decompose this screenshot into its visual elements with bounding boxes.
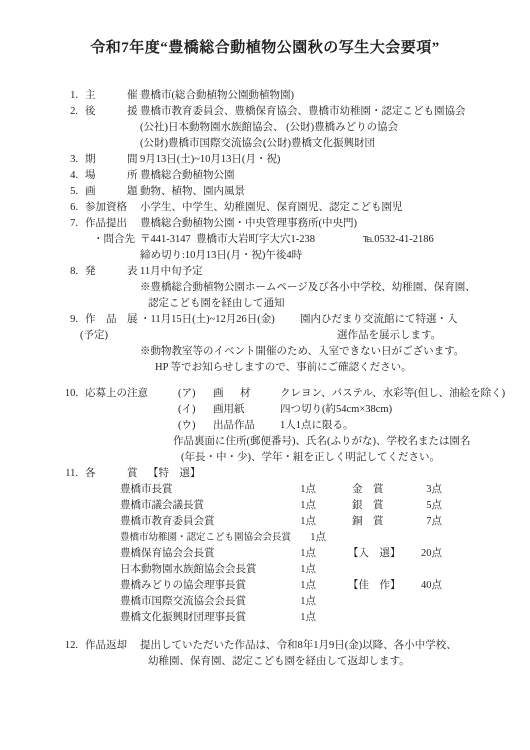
period-line: 3. 期 間 9月13日(土)~10月13日(月・祝) <box>0 152 530 168</box>
item-text-2: 園内ひだまり交流館にて特選・入 <box>300 312 458 328</box>
item-text: ・11月15日(土)~12月26日(金) <box>140 312 275 328</box>
item-number: 8. <box>52 264 78 280</box>
award-count: 1点 <box>285 594 316 610</box>
award-rank-count: 40点 <box>396 578 442 594</box>
sub-subject: 画用紙 <box>213 402 245 418</box>
sponsor-line-3: (公財)豊橋市国際交流協会、 (公財)豊橋文化振興財団 <box>0 136 530 152</box>
notes-line-2: (イ) 画用紙 四つ切り(約54cm×38cm) <box>0 402 530 418</box>
award-row: 豊橋保育協会会長賞 1点 【入 選】 20点 <box>0 546 530 562</box>
exhibition-line-2: (予定) 選作品を展示します。 <box>0 328 530 344</box>
sub-label: (ウ) <box>178 418 196 434</box>
document-page: 令和7年度“豊橋総合動植物公園秋の写生大会要項” 1. 主 催 豊橋市(総合動植… <box>0 0 530 750</box>
item-label: 各 賞 <box>85 466 138 482</box>
item-label: 作品返却 <box>85 638 127 654</box>
theme-line: 5. 画 題 動物、植物、園内風景 <box>0 184 530 200</box>
document-title: 令和7年度“豊橋総合動植物公園秋の写生大会要項” <box>0 36 530 57</box>
sub-label: (ア) <box>178 386 196 402</box>
announcement-line-3: 認定こども園を経由して通知 <box>0 296 530 312</box>
item-text: 幼稚園、保育園、認定こども園を経由して返却します。 <box>148 654 410 670</box>
award-rank-count: 7点 <box>396 514 442 530</box>
host-line: 1. 主 催 豊橋市(総合動植物公園動植物園) <box>0 88 530 104</box>
sub-subject: 画 <box>213 386 224 402</box>
item-label: (予定) <box>80 328 108 344</box>
item-text-2: 選作品を展示します。 <box>337 328 441 344</box>
award-rank: 金 賞 <box>352 482 384 498</box>
award-rank: 銀 賞 <box>352 498 384 514</box>
return-line-2: 幼稚園、保育園、認定こども園を経由して返却します。 <box>0 654 530 670</box>
award-name: 豊橋市教育委員会賞 <box>120 514 215 530</box>
item-label: 画 題 <box>85 184 138 200</box>
announcement-line-2: ※豊橋総合動植物公園ホームページ及び各小中学校、幼稚園、保育園、 <box>0 280 530 296</box>
item-number: 7. <box>52 216 78 232</box>
award-name: 豊橋市国際交流協会会長賞 <box>120 594 246 610</box>
award-row: 日本動物園水族館協会会長賞 1点 <box>0 562 530 578</box>
document-body: 1. 主 催 豊橋市(総合動植物公園動植物園) 2. 後 援 豊橋市教育委員会、… <box>0 88 530 670</box>
item-label: 場 所 <box>85 168 138 184</box>
item-label: 後 援 <box>85 104 138 120</box>
tel-text: ℡0532-41-2186 <box>363 232 434 248</box>
item-number: 10. <box>52 386 78 402</box>
award-count: 1点 <box>285 562 316 578</box>
award-rank: 【佳 作】 <box>348 578 401 594</box>
item-label: 作 品 展 <box>85 312 138 328</box>
item-text: 小学生、中学生、幼稚園児、保育園児、認定こども園児 <box>140 200 403 216</box>
item-number: 12. <box>52 638 78 654</box>
awards-header-line: 11. 各 賞 【特 選】 <box>0 466 530 482</box>
sponsor-line-2: (公社)日本動物園水族館協会、 (公財)豊橋みどりの協会 <box>0 120 530 136</box>
exhibition-line-4: HP 等でお知らせしますので、事前にご確認ください。 <box>0 360 530 376</box>
award-count: 1点 <box>285 482 316 498</box>
item-label: 応募上の注意 <box>85 386 148 402</box>
award-row: 豊橋市教育委員会賞 1点 銅 賞 7点 <box>0 514 530 530</box>
item-text: 豊橋総合動植物公園・中央管理事務所(中央門) <box>140 216 357 232</box>
item-text: 作品裏面に住所(郵便番号)、氏名(ふりがな)、学校名または園名 <box>173 434 471 450</box>
item-text: (公財)豊橋市国際交流協会、 <box>140 136 273 152</box>
item-text: 豊橋市教育委員会、豊橋保育協会、豊橋市幼稚園・認定こども園協会 <box>140 104 466 120</box>
award-name: 豊橋文化振興財団理事長賞 <box>120 610 246 626</box>
exhibition-line-1: 9. 作 品 展 ・11月15日(土)~12月26日(金) 園内ひだまり交流館に… <box>0 312 530 328</box>
item-label: 発 表 <box>85 264 138 280</box>
item-label: 主 催 <box>85 88 138 104</box>
award-rank-count: 20点 <box>396 546 442 562</box>
item-number: 9. <box>52 312 78 328</box>
award-row: 豊橋市国際交流協会会長賞 1点 <box>0 594 530 610</box>
place-line: 4. 場 所 豊橋総合動植物公園 <box>0 168 530 184</box>
sponsor-line-1: 2. 後 援 豊橋市教育委員会、豊橋保育協会、豊橋市幼稚園・認定こども園協会 <box>0 104 530 120</box>
item-text: 認定こども園を経由して通知 <box>148 296 285 312</box>
exhibition-line-3: ※動物教室等のイベント開催のため、入室できない日がございます。 <box>0 344 530 360</box>
announcement-line-1: 8. 発 表 11月中旬予定 <box>0 264 530 280</box>
item-text: クレヨン、パステル、水彩等(但し、油絵を除く) <box>280 386 505 402</box>
award-row: 豊橋市幼稚園・認定こども園協会会長賞 1点 <box>0 530 530 546</box>
item-number: 4. <box>52 168 78 184</box>
award-rank: 銅 賞 <box>352 514 384 530</box>
award-row: 豊橋みどりの協会理事長賞 1点 【佳 作】 40点 <box>0 578 530 594</box>
sub-subject: 出品作品 <box>213 418 255 434</box>
award-rank: 【入 選】 <box>348 546 401 562</box>
award-name: 豊橋市議会議長賞 <box>120 498 204 514</box>
item-text: (公社)日本動物園水族館協会、 (公財)豊橋みどりの協会 <box>140 120 398 136</box>
award-count: 1点 <box>285 610 316 626</box>
item-number: 3. <box>52 152 78 168</box>
award-name: 豊橋市幼稚園・認定こども園協会会長賞 <box>120 530 291 546</box>
item-number: 5. <box>52 184 78 200</box>
award-rank-count: 5点 <box>396 498 442 514</box>
item-label: 期 間 <box>85 152 138 168</box>
item-label: 参加資格 <box>85 200 127 216</box>
item-text: 9月13日(土)~10月13日(月・祝) <box>140 152 280 168</box>
award-name: 豊橋保育協会会長賞 <box>120 546 215 562</box>
award-name: 日本動物園水族館協会会長賞 <box>120 562 257 578</box>
item-text: 締め切り:10月13日(月・祝)午後4時 <box>140 248 302 264</box>
notes-line-3: (ウ) 出品作品 1人1点に限る。 <box>0 418 530 434</box>
eligibility-line: 6. 参加資格 小学生、中学生、幼稚園児、保育園児、認定こども園児 <box>0 200 530 216</box>
award-count: 1点 <box>285 546 316 562</box>
return-line-1: 12. 作品返却 提出していただいた作品は、令和8年1月9日(金)以降、各小中学… <box>0 638 530 654</box>
award-row: 豊橋文化振興財団理事長賞 1点 <box>0 610 530 626</box>
item-text: (年長・中・少)、学年・組を正しく明記してください。 <box>181 450 440 466</box>
award-row: 豊橋市議会議長賞 1点 銀 賞 5点 <box>0 498 530 514</box>
item-text: ※動物教室等のイベント開催のため、入室できない日がございます。 <box>140 344 464 360</box>
sub-subject: 材 <box>240 386 251 402</box>
item-text: 【特 選】 <box>148 466 201 482</box>
award-name: 豊橋市長賞 <box>120 482 173 498</box>
award-count: 1点 <box>285 498 316 514</box>
item-text: 11月中旬予定 <box>140 264 203 280</box>
submission-line-1: 7. 作品提出 豊橋総合動植物公園・中央管理事務所(中央門) <box>0 216 530 232</box>
item-text: 豊橋市(総合動植物公園動植物園) <box>140 88 294 104</box>
item-text-2: (公財)豊橋文化振興財団 <box>263 136 375 152</box>
award-count: 1点 <box>285 514 316 530</box>
item-label: ・問合先 <box>93 232 135 248</box>
award-count: 1点 <box>285 578 316 594</box>
item-text: 動物、植物、園内風景 <box>140 184 245 200</box>
submission-line-3: 締め切り:10月13日(月・祝)午後4時 <box>0 248 530 264</box>
notes-line-4: 作品裏面に住所(郵便番号)、氏名(ふりがな)、学校名または園名 <box>0 434 530 450</box>
award-row: 豊橋市長賞 1点 金 賞 3点 <box>0 482 530 498</box>
award-count: 1点 <box>295 530 326 546</box>
item-text: 〒441-3147 豊橋市大岩町字大穴1-238 <box>140 232 315 248</box>
item-number: 2. <box>52 104 78 120</box>
submission-line-2: ・問合先 〒441-3147 豊橋市大岩町字大穴1-238 ℡0532-41-2… <box>0 232 530 248</box>
item-label: 作品提出 <box>85 216 127 232</box>
item-text: HP 等でお知らせしますので、事前にご確認ください。 <box>155 360 412 376</box>
item-text: 1人1点に限る。 <box>280 418 354 434</box>
notes-line-1: 10. 応募上の注意 (ア) 画 材 クレヨン、パステル、水彩等(但し、油絵を除… <box>0 386 530 402</box>
award-name: 豊橋みどりの協会理事長賞 <box>120 578 246 594</box>
item-number: 11. <box>52 466 78 482</box>
item-number: 6. <box>52 200 78 216</box>
sub-label: (イ) <box>178 402 196 418</box>
item-text: 四つ切り(約54cm×38cm) <box>280 402 392 418</box>
item-number: 1. <box>52 88 78 104</box>
notes-line-5: (年長・中・少)、学年・組を正しく明記してください。 <box>0 450 530 466</box>
award-rank-count: 3点 <box>396 482 442 498</box>
item-text: ※豊橋総合動植物公園ホームページ及び各小中学校、幼稚園、保育園、 <box>140 280 476 296</box>
item-text: 豊橋総合動植物公園 <box>140 168 235 184</box>
item-text: 提出していただいた作品は、令和8年1月9日(金)以降、各小中学校、 <box>140 638 457 654</box>
